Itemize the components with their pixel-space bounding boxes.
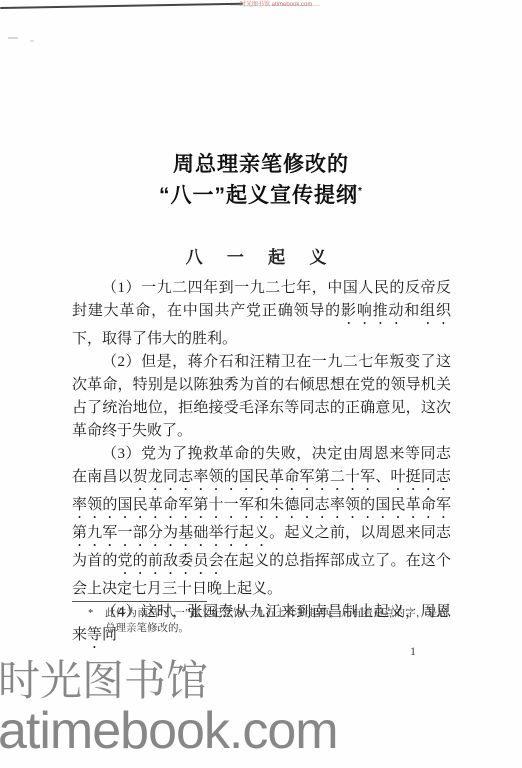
document-title-line2: “八一”起义宣传提纲*	[0, 179, 522, 209]
bottom-watermark-chinese: 时光图书馆	[0, 658, 338, 704]
paragraph: （3）党为了挽救革命的失败，决定由周恩来等同志在南昌以贺龙同志率领的国民革命军第…	[72, 443, 451, 601]
section-heading: 八 一 起 义	[0, 243, 522, 268]
title-text: “八一”起义宣传提纲	[159, 184, 358, 207]
footnote: * 此件为南昌“八一”起义纪念馆一九五七年所起草，凡有着重点的字，是周总理亲笔修…	[88, 606, 448, 636]
emphasized-text: 党的前敌委员会	[118, 553, 224, 569]
emphasized-text: 影响推动	[341, 303, 404, 319]
emphasized-text: 组织	[420, 303, 451, 319]
body-paragraphs: （1）一九二四年到一九二七年，中国人民的反帝反封建大革命，在中国共产党正确领导的…	[72, 277, 451, 652]
footnote-text: 此件为南昌“八一”起义纪念馆一九五七年所起草，凡有着重点的字，是周总理亲笔修改的…	[105, 606, 448, 636]
paragraph: （1）一九二四年到一九二七年，中国人民的反帝反封建大革命，在中国共产党正确领导的…	[72, 277, 451, 351]
footnote-divider	[72, 601, 207, 602]
text-run: 和	[404, 303, 420, 319]
page-number: 1	[410, 644, 416, 659]
bottom-watermark: 时光图书馆 atimebook.com	[0, 658, 338, 758]
scanned-book-page: 时光图书馆 atimebook.com 周总理亲笔修改的 “八一”起义宣传提纲*…	[0, 0, 522, 768]
bottom-watermark-domain: atimebook.com	[0, 704, 338, 758]
scan-speck	[30, 40, 34, 42]
text-run: （2）但是，蒋介石和汪精卫在一九二七年叛变了这次革命，特别是以陈独秀为首的右倾思…	[72, 354, 451, 439]
paragraph: （2）但是，蒋介石和汪精卫在一九二七年叛变了这次革命，特别是以陈独秀为首的右倾思…	[72, 351, 451, 443]
text-run: 下，取得了伟大的胜利。	[72, 331, 237, 347]
footnote-marker: *	[88, 606, 93, 621]
document-title-line1: 周总理亲笔修改的	[0, 148, 522, 178]
top-watermark: 时光图书馆 atimebook.com	[240, 2, 312, 9]
scan-edge-line	[0, 3, 243, 9]
scan-speck	[8, 37, 18, 39]
title-footnote-mark: *	[358, 186, 363, 197]
